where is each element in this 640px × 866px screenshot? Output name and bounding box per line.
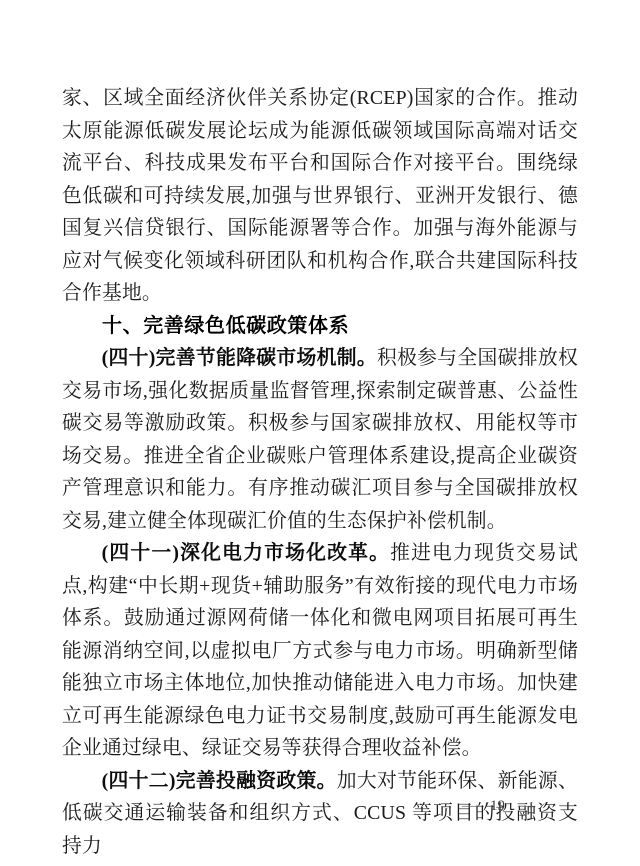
item-text-40: 积极参与全国碳排放权交易市场,强化数据质量监督管理,探索制定碳普惠、公益性碳交易… <box>62 347 578 532</box>
footer-right-dash: — <box>518 798 533 814</box>
item-lead-41: (四十一)深化电力市场化改革。 <box>102 542 390 564</box>
footer-left-dash: — <box>462 798 477 814</box>
document-page: 家、区域全面经济伙伴关系协定(RCEP)国家的合作。推动太原能源低碳发展论坛成为… <box>0 0 640 866</box>
item-lead-42: (四十二)完善投融资政策。 <box>102 770 337 792</box>
page-body: 家、区域全面经济伙伴关系协定(RCEP)国家的合作。推动太原能源低碳发展论坛成为… <box>62 82 578 862</box>
item-lead-40: (四十)完善节能降碳市场机制。 <box>102 347 377 369</box>
opening-paragraph: 家、区域全面经济伙伴关系协定(RCEP)国家的合作。推动太原能源低碳发展论坛成为… <box>62 82 578 310</box>
item-text-41: 推进电力现货交易试点,构建“中长期+现货+辅助服务”有效衔接的现代电力市场体系。… <box>62 542 578 759</box>
page-number-footer: — 19 — <box>462 798 533 814</box>
page-number: 19 <box>490 798 505 814</box>
item-paragraph-41: (四十一)深化电力市场化改革。推进电力现货交易试点,构建“中长期+现货+辅助服务… <box>62 537 578 765</box>
section-heading: 十、完善绿色低碳政策体系 <box>62 310 578 343</box>
item-paragraph-40: (四十)完善节能降碳市场机制。积极参与全国碳排放权交易市场,强化数据质量监督管理… <box>62 342 578 537</box>
